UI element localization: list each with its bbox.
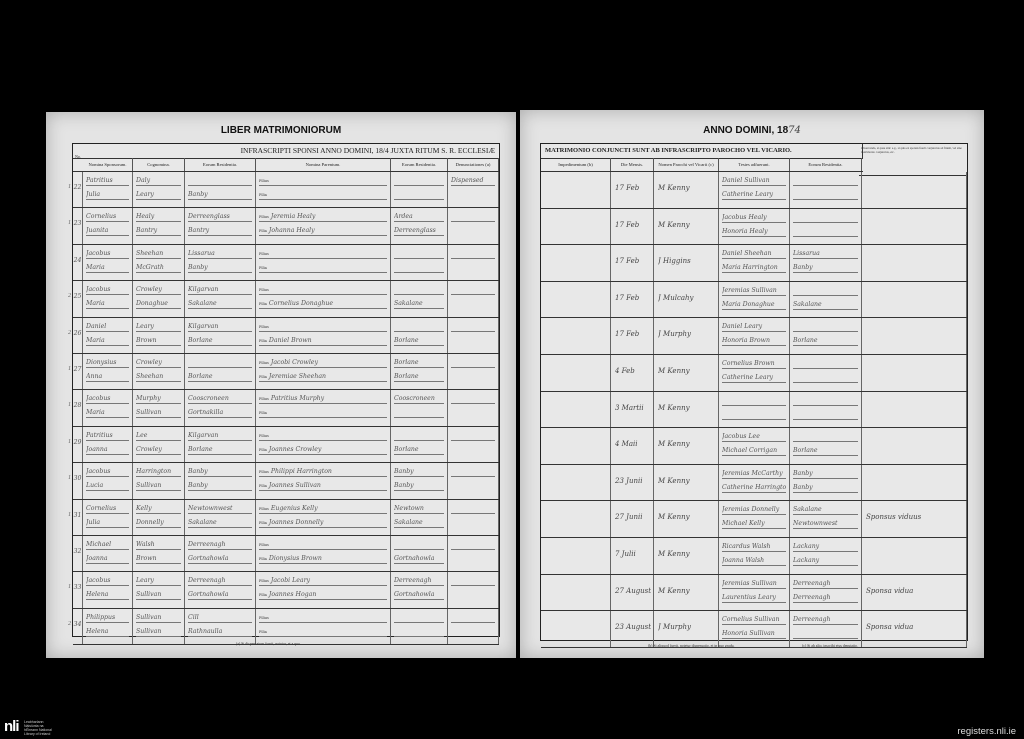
cell-line: Jeremias Sullivan	[722, 286, 786, 296]
cell-line: Banby	[188, 263, 252, 273]
date: 17 Feb	[615, 257, 651, 265]
parent2: Joannes Hogan	[269, 591, 316, 598]
cell: J Murphy	[654, 318, 719, 354]
cell: CorneliusJuanita	[83, 208, 133, 243]
cell: CrowleySheehan	[133, 354, 185, 389]
wres1: Derreenagh	[793, 580, 830, 587]
bride: Maria	[86, 337, 105, 344]
table-row: 128JacobusMariaMurphySullivanCooscroneen…	[73, 390, 499, 426]
date: 4 Feb	[615, 367, 651, 375]
cell-line: Lee	[136, 431, 181, 441]
wres1: Lackany	[793, 543, 819, 550]
date: 27 Augusti	[615, 587, 651, 595]
pres2: Borlane	[394, 373, 419, 380]
parent1: Jeremia Healy	[271, 213, 316, 220]
table-row: 4 MaiiM KennyJacobus LeeMichael Corrigan…	[541, 428, 967, 465]
cell	[448, 536, 499, 571]
cell: M Kenny	[654, 172, 719, 208]
table-row: 23 JuniiM KennyJeremias McCarthyCatherin…	[541, 465, 967, 502]
bride-surname: Leary	[136, 191, 154, 198]
cell	[448, 354, 499, 389]
margin-mark: 1	[49, 512, 71, 518]
cell-line: Juanita	[86, 226, 129, 236]
cell-line: FiliaJohanna Healy	[259, 226, 387, 236]
left-register-page: LIBER MATRIMONIORUM No. INFRASCRIPTI SPO…	[46, 112, 516, 658]
cell-line: FiliusPatritius Murphy	[259, 394, 387, 404]
cell: 27	[73, 354, 83, 389]
table-row: 17 FebJ MurphyDaniel LearyHonoria BrownB…	[541, 318, 967, 355]
cell: 3 Martii	[611, 392, 654, 428]
marriage-table-right: MATRIMONIO CONJUNCTI SUNT AB INFRASCRIPT…	[540, 143, 968, 641]
groom-surname: Sullivan	[136, 614, 161, 621]
cell: Ricardus WalshJoanna Walsh	[719, 538, 790, 574]
margin-mark: 1	[49, 184, 71, 190]
cell-line: Catherine Leary	[722, 190, 786, 200]
cell: FiliusPhilippi HarringtonFiliaJoannes Su…	[256, 463, 391, 498]
cell: 28	[73, 390, 83, 425]
entry-number: 34	[74, 621, 82, 628]
bride: Joanna	[86, 446, 108, 453]
witness2: Maria Harrington	[722, 264, 778, 271]
page-title: LIBER MATRIMONIORUM	[46, 125, 516, 136]
cell-line: Filius	[259, 322, 387, 332]
cell	[862, 318, 967, 354]
cell-line: Julia	[86, 518, 129, 528]
margin-mark: 1	[49, 584, 71, 590]
bride: Maria	[86, 409, 105, 416]
margin-mark: 2	[49, 621, 71, 627]
cell: 7 Julii	[611, 538, 654, 574]
cell-line: Sheehan	[136, 249, 181, 259]
cell: DanielMaria	[83, 318, 133, 353]
witness1: Cornelius Sullivan	[722, 616, 779, 623]
bride-res: Borlane	[188, 373, 213, 380]
cell: Dispensed	[448, 172, 499, 207]
filia-label: Filia	[259, 448, 267, 452]
filius-label: Filius	[259, 215, 269, 219]
cell-line	[722, 396, 786, 406]
cell-line: Kelly	[136, 504, 181, 514]
cell-line: Kilgarvan	[188, 285, 252, 295]
margin-mark: 1	[49, 402, 71, 408]
cell-line	[394, 249, 444, 259]
cell: CorneliusJulia	[83, 500, 133, 535]
bride-surname: Donaghue	[136, 300, 168, 307]
cell-line: Banby	[394, 481, 444, 491]
cell	[719, 392, 790, 428]
cell: M Kenny	[654, 575, 719, 611]
table-row: 7 JuliiM KennyRicardus WalshJoanna Walsh…	[541, 538, 967, 575]
cell-line	[793, 213, 858, 223]
cell: 30	[73, 463, 83, 498]
cell-line: Leary	[136, 322, 181, 332]
cell	[862, 209, 967, 245]
cell-line: Sheehan	[136, 372, 181, 382]
cell: Gortnahowla	[391, 536, 448, 571]
cell: 4 Feb	[611, 355, 654, 391]
cell-line: Banby	[793, 469, 858, 479]
cell-line: Gortnahowla	[394, 554, 444, 564]
cell: FiliusFilia	[256, 609, 391, 644]
cell-line	[793, 322, 858, 332]
cell-line: Cornelius	[86, 212, 129, 222]
denunc: Dispensed	[451, 177, 484, 184]
cell	[448, 572, 499, 607]
cell-line: Daniel	[86, 322, 129, 332]
groom-surname: Daly	[136, 177, 150, 184]
parent1: Eugenius Kelly	[271, 505, 318, 512]
cell: SakalaneNewtownwest	[790, 501, 862, 537]
cell: J Mulcahy	[654, 282, 719, 318]
cell-line	[793, 396, 858, 406]
cell	[790, 392, 862, 428]
cell: 33	[73, 572, 83, 607]
cell-line: Borlane	[188, 336, 252, 346]
cell: Jeremias McCarthyCatherine Harrington	[719, 465, 790, 501]
cell-line: Derreenagh	[793, 579, 858, 589]
bride: Maria	[86, 300, 105, 307]
table-row: 4 FebM KennyCornelius BrownCatherine Lea…	[541, 355, 967, 392]
cell: Daniel SheehanMaria Harrington	[719, 245, 790, 281]
cell: 23 Augusti	[611, 611, 654, 647]
parent2: Joannes Crowley	[269, 446, 322, 453]
pres2: Borlane	[394, 446, 419, 453]
cell-line: Derreenagh	[394, 576, 444, 586]
filius-label: Filius	[259, 616, 269, 620]
priest: M Kenny	[658, 184, 716, 192]
banner-text: INFRASCRIPTI SPONSI ANNO DOMINI, 18/4 JU…	[241, 144, 495, 158]
filia-label: Filia	[259, 339, 267, 343]
cell	[862, 428, 967, 464]
bride-surname: Sheehan	[136, 373, 163, 380]
bride: Joanna	[86, 555, 108, 562]
table-row: 17 FebM KennyDaniel SullivanCatherine Le…	[541, 172, 967, 209]
entry-number: 33	[74, 584, 82, 591]
cell-line: Newtown	[394, 504, 444, 514]
cell-line: Borlane	[793, 336, 858, 346]
parent2: Johanna Healy	[269, 227, 315, 234]
cell-line: Jacobus Healy	[722, 213, 786, 223]
margin-mark: 1	[49, 366, 71, 372]
table-row: 226DanielMariaLearyBrownKilgarvanBorlane…	[73, 318, 499, 354]
cell: JacobusMaria	[83, 390, 133, 425]
cell: 17 Feb	[611, 282, 654, 318]
cell-line: Gortnahowla	[188, 554, 252, 564]
bride-res: Gortnahowla	[188, 591, 228, 598]
cell: KellyDonnelly	[133, 500, 185, 535]
cell-line: Banby	[394, 467, 444, 477]
entry-number: 23	[74, 220, 82, 227]
cell	[862, 392, 967, 428]
wres1: Derreenagh	[793, 616, 830, 623]
cell: SheehanMcGrath	[133, 245, 185, 280]
witness1: Daniel Leary	[722, 323, 762, 330]
cell	[448, 609, 499, 644]
footnote-a: (a) Si dispensatum fuerit, notetur, et a…	[236, 642, 301, 646]
groom: Jacobus	[86, 250, 110, 257]
pres2: Derreenglass	[394, 227, 436, 234]
cell: Jeremias SullivanLaurentius Leary	[719, 575, 790, 611]
bride-res: Banby	[188, 264, 208, 271]
witness2: Michael Kelly	[722, 520, 765, 527]
cell-line: Gortnahowla	[188, 590, 252, 600]
cell-line: FiliaJoannes Sullivan	[259, 481, 387, 491]
column-header: Eorum Residentia.	[790, 158, 862, 171]
nli-logo[interactable]: nli	[4, 718, 19, 735]
groom-surname: Kelly	[136, 505, 152, 512]
cell-line: Sakalane	[188, 518, 252, 528]
table-row: 225JacobusMariaCrowleyDonaghueKilgarvanS…	[73, 281, 499, 317]
column-header: Nomina Parentum.	[256, 158, 391, 171]
cell-line: Banby	[188, 481, 252, 491]
cell-line: Jacobus	[86, 249, 129, 259]
cell-line: Honoria Sullivan	[722, 629, 786, 639]
cell	[448, 208, 499, 243]
table-banner: MATRIMONIO CONJUNCTI SUNT AB INFRASCRIPT…	[541, 144, 863, 159]
cell-line: Jeremias Donnelly	[722, 505, 786, 515]
priest: M Kenny	[658, 221, 716, 229]
bride-surname: Sullivan	[136, 591, 161, 598]
cell	[448, 390, 499, 425]
cell-line: Sakalane	[394, 518, 444, 528]
parent2: Dionysius Brown	[269, 555, 322, 562]
bride-res: Sakalane	[188, 300, 217, 307]
table-row: 27 AugustiM KennyJeremias SullivanLauren…	[541, 575, 967, 612]
cell-line: Maria	[86, 299, 129, 309]
groom-res: Kilgarvan	[188, 323, 218, 330]
groom: Cornelius	[86, 213, 116, 220]
cell-line	[793, 373, 858, 383]
table-row: 32MichaelJoannaWalshBrownDerreenaghGortn…	[73, 536, 499, 572]
filia-label: Filia	[259, 302, 267, 306]
cell: Cornelius SullivanHonoria Sullivan	[719, 611, 790, 647]
cell-line: Borlane	[394, 336, 444, 346]
site-link[interactable]: registers.nli.ie	[957, 726, 1016, 737]
column-header: Cognomina.	[133, 158, 185, 171]
witness2: Catherine Leary	[722, 191, 773, 198]
cell	[541, 538, 611, 574]
cell	[541, 575, 611, 611]
cell-line: Brown	[136, 336, 181, 346]
cell-line	[451, 394, 495, 404]
cell-line: Lucia	[86, 481, 129, 491]
cell: FiliusFiliaJoannes Crowley	[256, 427, 391, 462]
cell	[862, 465, 967, 501]
parent2: Jeremiae Sheehan	[269, 373, 326, 380]
cell: M Kenny	[654, 538, 719, 574]
filia-label: Filia	[259, 411, 267, 415]
cell-line: Derreenagh	[188, 576, 252, 586]
obs: Sponsa vidua	[866, 587, 964, 595]
filia-label: Filia	[259, 630, 267, 634]
cell-line: Filius	[259, 176, 387, 186]
cell-line: Lissarua	[793, 249, 858, 259]
parent2: Joannes Sullivan	[269, 482, 321, 489]
cell-line: Dispensed	[451, 176, 495, 186]
cell: DionysiusAnna	[83, 354, 133, 389]
cell-line: Catherine Leary	[722, 373, 786, 383]
cell: 17 Feb	[611, 245, 654, 281]
cell-line: Anna	[86, 372, 129, 382]
bride-res: Banby	[188, 482, 208, 489]
bride-surname: Donnelly	[136, 519, 164, 526]
cell-line: Jeremias Sullivan	[722, 579, 786, 589]
witness1: Jeremias Sullivan	[722, 287, 777, 294]
cell-line: Derreenglass	[394, 226, 444, 236]
cell-line	[451, 249, 495, 259]
pres1: Ardea	[394, 213, 413, 220]
cell-line	[793, 410, 858, 420]
cell-line: Healy	[136, 212, 181, 222]
cell-line: Borlane	[793, 446, 858, 456]
cell-line: Donnelly	[136, 518, 181, 528]
cell: Daniel SullivanCatherine Leary	[719, 172, 790, 208]
cell	[448, 463, 499, 498]
bride-res: Gortnahowla	[188, 555, 228, 562]
cell-line: Walsh	[136, 540, 181, 550]
cell: Jeremias DonnellyMichael Kelly	[719, 501, 790, 537]
table-row: 234PhilippusHelenaSullivanSullivanCillRa…	[73, 609, 499, 645]
cell-line: Newtownwest	[188, 504, 252, 514]
nli-caption: Leabharlann Náisiúnta na hÉireann Nation…	[24, 720, 54, 736]
cell: M Kenny	[654, 392, 719, 428]
cell-line: Bantry	[136, 226, 181, 236]
cell: CooscroneenGortnakilla	[185, 390, 256, 425]
cell: FiliusFiliaDionysius Brown	[256, 536, 391, 571]
groom-surname: Crowley	[136, 286, 162, 293]
cell: BanbyBanby	[391, 463, 448, 498]
cell: PatritiusJoanna	[83, 427, 133, 462]
cell: MurphySullivan	[133, 390, 185, 425]
pres1: Cooscroneen	[394, 395, 435, 402]
cell-line: Bantry	[188, 226, 252, 236]
cell: KilgarvanBorlane	[185, 427, 256, 462]
bride-res: Borlane	[188, 337, 213, 344]
cell: BorlaneBorlane	[391, 354, 448, 389]
witness2: Honoria Sullivan	[722, 630, 775, 637]
cell: LissaruaBanby	[790, 245, 862, 281]
groom: Jacobus	[86, 577, 110, 584]
priest: M Kenny	[658, 587, 716, 595]
cell	[391, 609, 448, 644]
wres2: Borlane	[793, 337, 818, 344]
margin-mark: 2	[49, 330, 71, 336]
witness1: Jeremias Donnelly	[722, 506, 779, 513]
cell-line: Maria Harrington	[722, 263, 786, 273]
cell: LearyBrown	[133, 318, 185, 353]
table-row: 122PatritiusJuliaDalyLearyBanbyFiliusFil…	[73, 172, 499, 208]
witness1: Daniel Sheehan	[722, 250, 771, 257]
column-header: Eorum Residentia.	[391, 158, 448, 171]
cell: SullivanSullivan	[133, 609, 185, 644]
wres2: Lackany	[793, 557, 819, 564]
cell-line: Donaghue	[136, 299, 181, 309]
cell-line: FiliaCornelius Donaghue	[259, 299, 387, 309]
date: 23 Junii	[615, 477, 651, 485]
groom: Patritius	[86, 432, 113, 439]
cell-line: Maria Donaghue	[722, 300, 786, 310]
cell-line: Joanna	[86, 554, 129, 564]
cell-line	[188, 176, 252, 186]
entry-number: 22	[74, 184, 82, 191]
cell-line: Ricardus Walsh	[722, 542, 786, 552]
cell-line: Maria	[86, 408, 129, 418]
entry-number: 32	[74, 548, 82, 555]
cell	[448, 281, 499, 316]
groom-surname: Harrington	[136, 468, 171, 475]
cell-line	[188, 358, 252, 368]
cell-line	[451, 285, 495, 295]
bride-surname: Sullivan	[136, 628, 161, 635]
cell-line: Cooscroneen	[394, 394, 444, 404]
page-title: ANNO DOMINI, 1874	[520, 125, 984, 136]
cell-line: Cornelius	[86, 504, 129, 514]
cell-line: Laurentius Leary	[722, 593, 786, 603]
cell-line: Filius	[259, 613, 387, 623]
cell	[790, 209, 862, 245]
margin-mark: 1	[49, 220, 71, 226]
witness1: Jeremias Sullivan	[722, 580, 777, 587]
cell-line: Michael	[86, 540, 129, 550]
cell-line: Kilgarvan	[188, 322, 252, 332]
right-register-page: ANNO DOMINI, 1874 MATRIMONIO CONJUNCTI S…	[520, 110, 984, 658]
cell-line: Borlane	[188, 372, 252, 382]
cell-line: Lissarua	[188, 249, 252, 259]
witness2: Catherine Leary	[722, 374, 773, 381]
witness2: Joanna Walsh	[722, 557, 764, 564]
pres2: Gortnahowla	[394, 591, 434, 598]
table-row: 23 AugustiJ MurphyCornelius SullivanHono…	[541, 611, 967, 648]
cell: J Murphy	[654, 611, 719, 647]
cell-line: Helena	[86, 627, 129, 637]
priest: J Murphy	[658, 623, 716, 631]
cell: FiliusFiliaDaniel Brown	[256, 318, 391, 353]
witness1: Ricardus Walsh	[722, 543, 771, 550]
cell-line	[451, 504, 495, 514]
witness1: Cornelius Brown	[722, 360, 775, 367]
cell-line: Murphy	[136, 394, 181, 404]
cell-line	[451, 431, 495, 441]
groom: Cornelius	[86, 505, 116, 512]
cell-line	[394, 540, 444, 550]
wres1: Banby	[793, 470, 813, 477]
cell-line: Lackany	[793, 542, 858, 552]
cell	[862, 245, 967, 281]
banner-text: MATRIMONIO CONJUNCTI SUNT AB INFRASCRIPT…	[545, 144, 792, 158]
cell-line	[451, 467, 495, 477]
cell: Borlane	[790, 318, 862, 354]
cell: DerreenaghGortnahowla	[185, 536, 256, 571]
cell-line: Leary	[136, 576, 181, 586]
cell-line: Cill	[188, 613, 252, 623]
cell: 22	[73, 172, 83, 207]
groom: Daniel	[86, 323, 106, 330]
cell-line: Daniel Leary	[722, 322, 786, 332]
cell: 17 Feb	[611, 318, 654, 354]
table-row: 130JacobusLuciaHarringtonSullivanBanbyBa…	[73, 463, 499, 499]
cell-line	[793, 286, 858, 296]
cell-line: Daniel Sheehan	[722, 249, 786, 259]
date: 23 Augusti	[615, 623, 651, 631]
title-text: ANNO DOMINI, 18	[703, 125, 788, 136]
cell	[541, 209, 611, 245]
cell: LissaruaBanby	[185, 245, 256, 280]
bride: Juanita	[86, 227, 108, 234]
cell: J Higgins	[654, 245, 719, 281]
cell	[862, 282, 967, 318]
cell: Borlane	[391, 318, 448, 353]
filia-label: Filia	[259, 375, 267, 379]
